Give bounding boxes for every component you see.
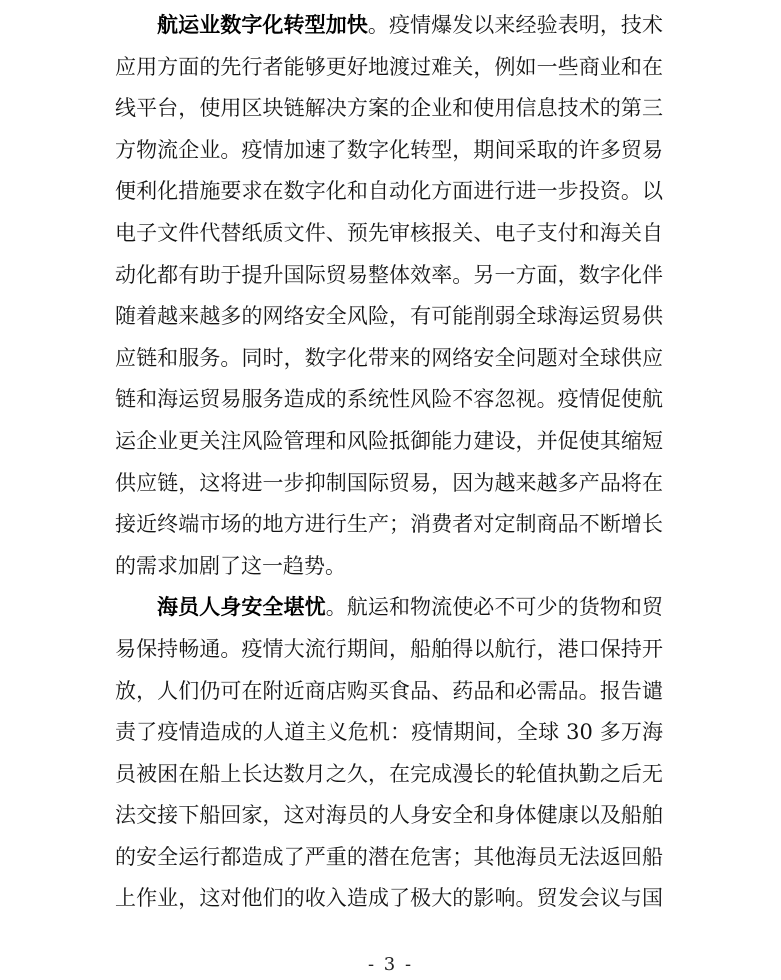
body-text: 航运业数字化转型加快。疫情爆发以来经验表明，技术 应用方面的先行者能够更好地渡过…	[115, 5, 663, 920]
text-line: 链和海运贸易服务造成的系统性风险不容忽视。疫情促使航	[115, 379, 663, 421]
text-line: 接近终端市场的地方进行生产；消费者对定制商品不断增长	[115, 504, 663, 546]
text-line: 动化都有助于提升国际贸易整体效率。另一方面，数字化伴	[115, 255, 663, 297]
text-line: 应用方面的先行者能够更好地渡过难关，例如一些商业和在	[115, 47, 663, 89]
text-line: 上作业，这对他们的收入造成了极大的影响。贸发会议与国	[115, 878, 663, 920]
text-line: 随着越来越多的网络安全风险，有可能削弱全球海运贸易供	[115, 296, 663, 338]
paragraph-digital-transformation: 航运业数字化转型加快。疫情爆发以来经验表明，技术 应用方面的先行者能够更好地渡过…	[115, 5, 663, 587]
text-line: 法交接下船回家，这对海员的人身安全和身体健康以及船舶	[115, 795, 663, 837]
text-line: 便利化措施要求在数字化和自动化方面进行进一步投资。以	[115, 171, 663, 213]
text-line: 方物流企业。疫情加速了数字化转型，期间采取的许多贸易	[115, 130, 663, 172]
text-line-rest: 。疫情爆发以来经验表明，技术	[368, 13, 663, 37]
text-line: 放，人们仍可在附近商店购买食品、药品和必需品。报告谴	[115, 671, 663, 713]
paragraph-seafarer-safety: 海员人身安全堪忧。航运和物流使必不可少的货物和贸 易保持畅通。疫情大流行期间，船…	[115, 587, 663, 920]
text-line: 运企业更关注风险管理和风险抵御能力建设，并促使其缩短	[115, 421, 663, 463]
text-line-rest: 。航运和物流使必不可少的货物和贸	[326, 595, 663, 619]
text-line: 电子文件代替纸质文件、预先审核报关、电子支付和海关自	[115, 213, 663, 255]
paragraph-heading: 海员人身安全堪忧	[157, 595, 326, 619]
text-line: 航运业数字化转型加快。疫情爆发以来经验表明，技术	[115, 5, 663, 47]
document-page: 航运业数字化转型加快。疫情爆发以来经验表明，技术 应用方面的先行者能够更好地渡过…	[0, 0, 781, 980]
text-line: 责了疫情造成的人道主义危机：疫情期间，全球 30 多万海	[115, 712, 663, 754]
text-line: 线平台，使用区块链解决方案的企业和使用信息技术的第三	[115, 88, 663, 130]
text-line: 的安全运行都造成了严重的潜在危害；其他海员无法返回船	[115, 837, 663, 879]
text-line: 应链和服务。同时，数字化带来的网络安全问题对全球供应	[115, 338, 663, 380]
text-line: 的需求加剧了这一趋势。	[115, 546, 663, 588]
paragraph-heading: 航运业数字化转型加快	[157, 13, 368, 37]
page-number: - 3 -	[0, 952, 781, 978]
text-line: 员被困在船上长达数月之久，在完成漫长的轮值执勤之后无	[115, 754, 663, 796]
text-line: 易保持畅通。疫情大流行期间，船舶得以航行，港口保持开	[115, 629, 663, 671]
text-line: 供应链，这将进一步抑制国际贸易，因为越来越多产品将在	[115, 463, 663, 505]
text-line: 海员人身安全堪忧。航运和物流使必不可少的货物和贸	[115, 587, 663, 629]
